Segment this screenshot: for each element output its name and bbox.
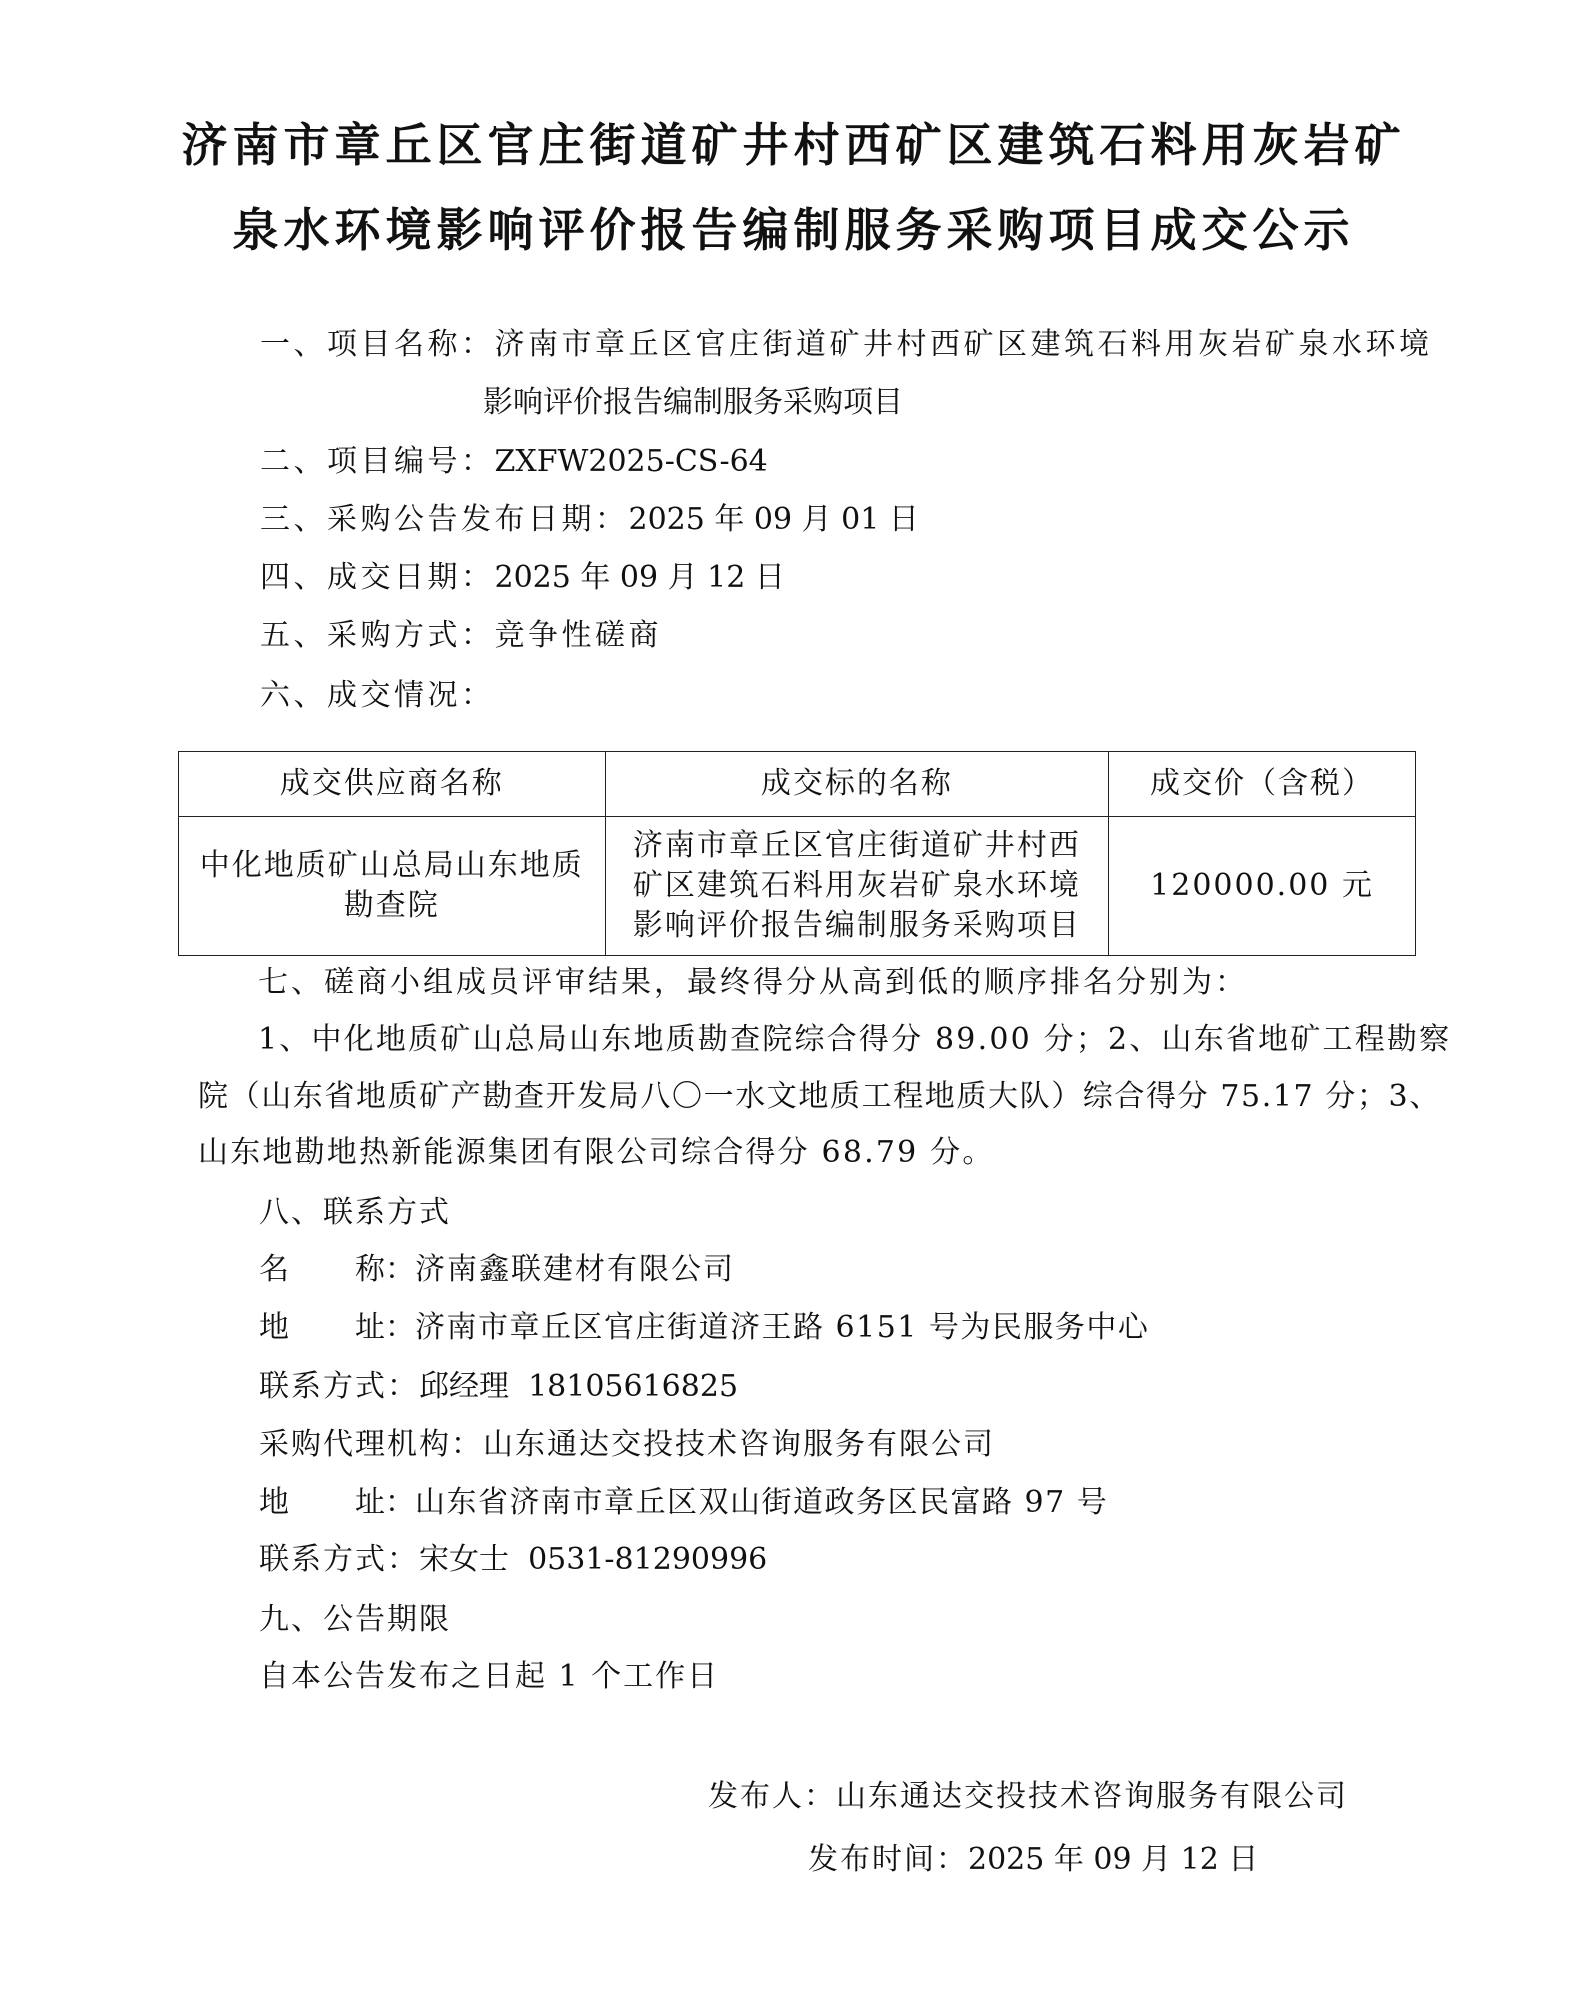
header-price: 成交价（含税） [1109, 752, 1416, 817]
method-row: 五、采购方式：竞争性磋商 [260, 616, 662, 656]
agency-contact-label: 联系方式： [259, 1542, 419, 1577]
project-no-row: 二、项目编号：ZXFW2025-CS-64 [260, 442, 768, 482]
agency-contact-row: 联系方式：宋女士 0531-81290996 [259, 1540, 767, 1580]
buyer-addr-row: 地址：济南市章丘区官庄街道济王路 6151 号为民服务中心 [259, 1308, 1149, 1348]
page-title-line-2: 泉水环境影响评价报告编制服务采购项目成交公示 [0, 200, 1587, 260]
deal-table: 成交供应商名称 成交标的名称 成交价（含税） 中化地质矿山总局山东地质 勘查院 … [178, 751, 1416, 956]
publisher-label: 发布人： [708, 1779, 836, 1814]
cell-supplier: 中化地质矿山总局山东地质 勘查院 [179, 817, 606, 956]
review-line-3: 山东地勘地热新能源集团有限公司综合得分 68.79 分。 [198, 1133, 995, 1173]
cell-subject: 济南市章丘区官庄街道矿井村西 矿区建筑石料用灰岩矿泉水环境 影响评价报告编制服务… [605, 817, 1109, 956]
table-header-row: 成交供应商名称 成交标的名称 成交价（含税） [179, 752, 1416, 817]
project-no-label: 二、项目编号： [260, 444, 495, 479]
publish-time-row: 发布时间：2025 年 09 月 12 日 [808, 1840, 1258, 1880]
buyer-addr-value: 济南市章丘区官庄街道济王路 6151 号为民服务中心 [415, 1310, 1149, 1345]
deal-info-heading: 六、成交情况： [260, 676, 495, 716]
buyer-contact-label: 联系方式： [259, 1369, 419, 1404]
project-name-row: 一、项目名称：济南市章丘区官庄街道矿井村西矿区建筑石料用灰岩矿泉水环境 [260, 325, 1382, 365]
publish-time-label: 发布时间： [808, 1842, 968, 1877]
agency-addr-label-a: 地 [259, 1483, 355, 1523]
agency-addr-value: 山东省济南市章丘区双山街道政务区民富路 97 号 [415, 1485, 1108, 1520]
buyer-contact-value: 邱经理 18105616825 [419, 1369, 738, 1404]
buyer-addr-label-a: 地 [259, 1308, 355, 1348]
project-name-label: 一、项目名称： [260, 327, 495, 362]
supplier-line-2: 勘查院 [193, 886, 591, 926]
announce-date-row: 三、采购公告发布日期：2025 年 09 月 01 日 [260, 500, 919, 540]
supplier-line-1: 中化地质矿山总局山东地质 [193, 846, 591, 886]
method-label: 五、采购方式： [260, 618, 495, 653]
deal-date-row: 四、成交日期：2025 年 09 月 12 日 [260, 558, 785, 598]
deal-date-value: 2025 年 09 月 12 日 [495, 560, 785, 595]
review-heading: 七、磋商小组成员评审结果，最终得分从高到低的顺序排名分别为： [258, 963, 1248, 1003]
subject-line-2: 矿区建筑石料用灰岩矿泉水环境 [620, 866, 1095, 906]
announce-date-label: 三、采购公告发布日期： [260, 502, 629, 537]
project-name-value-cont: 影响评价报告编制服务采购项目 [483, 383, 903, 423]
deal-date-label: 四、成交日期： [260, 560, 495, 595]
publish-time-value: 2025 年 09 月 12 日 [968, 1842, 1258, 1877]
buyer-name-value: 济南鑫联建材有限公司 [415, 1252, 735, 1287]
buyer-name-label-a: 名 [259, 1250, 355, 1290]
project-name-value: 济南市章丘区官庄街道矿井村西矿区建筑石料用灰岩矿泉水环境 [495, 327, 1433, 362]
period-text: 自本公告发布之日起 1 个工作日 [259, 1657, 719, 1697]
agency-value: 山东通达交投技术咨询服务有限公司 [483, 1427, 995, 1462]
contact-heading: 八、联系方式 [259, 1193, 451, 1233]
announce-date-value: 2025 年 09 月 01 日 [629, 502, 919, 537]
table-row: 中化地质矿山总局山东地质 勘查院 济南市章丘区官庄街道矿井村西 矿区建筑石料用灰… [179, 817, 1416, 956]
agency-contact-value: 宋女士 0531-81290996 [419, 1542, 767, 1577]
publisher-row: 发布人：山东通达交投技术咨询服务有限公司 [708, 1777, 1348, 1817]
subject-line-1: 济南市章丘区官庄街道矿井村西 [620, 826, 1095, 866]
review-line-2: 院（山东省地质矿产勘查开发局八〇一水文地质工程地质大队）综合得分 75.17 分… [198, 1077, 1441, 1117]
buyer-name-label-b: 称： [355, 1252, 415, 1287]
subject-line-3: 影响评价报告编制服务采购项目 [620, 906, 1095, 946]
buyer-addr-label-b: 址： [355, 1310, 415, 1345]
buyer-contact-row: 联系方式：邱经理 18105616825 [259, 1367, 738, 1407]
review-line-1: 1、中化地质矿山总局山东地质勘查院综合得分 89.00 分；2、山东省地矿工程勘… [258, 1020, 1451, 1060]
agency-addr-label-b: 址： [355, 1485, 415, 1520]
agency-addr-row: 地址：山东省济南市章丘区双山街道政务区民富路 97 号 [259, 1483, 1108, 1523]
cell-price: 120000.00 元 [1109, 817, 1416, 956]
method-value: 竞争性磋商 [495, 618, 663, 653]
header-subject: 成交标的名称 [605, 752, 1109, 817]
agency-row: 采购代理机构：山东通达交投技术咨询服务有限公司 [259, 1425, 995, 1465]
publisher-value: 山东通达交投技术咨询服务有限公司 [836, 1779, 1348, 1814]
header-supplier: 成交供应商名称 [179, 752, 606, 817]
agency-label: 采购代理机构： [259, 1427, 483, 1462]
buyer-name-row: 名称：济南鑫联建材有限公司 [259, 1250, 735, 1290]
period-heading: 九、公告期限 [259, 1600, 451, 1640]
project-no-value: ZXFW2025-CS-64 [495, 444, 768, 479]
page-title-line-1: 济南市章丘区官庄街道矿井村西矿区建筑石料用灰岩矿 [0, 115, 1587, 175]
